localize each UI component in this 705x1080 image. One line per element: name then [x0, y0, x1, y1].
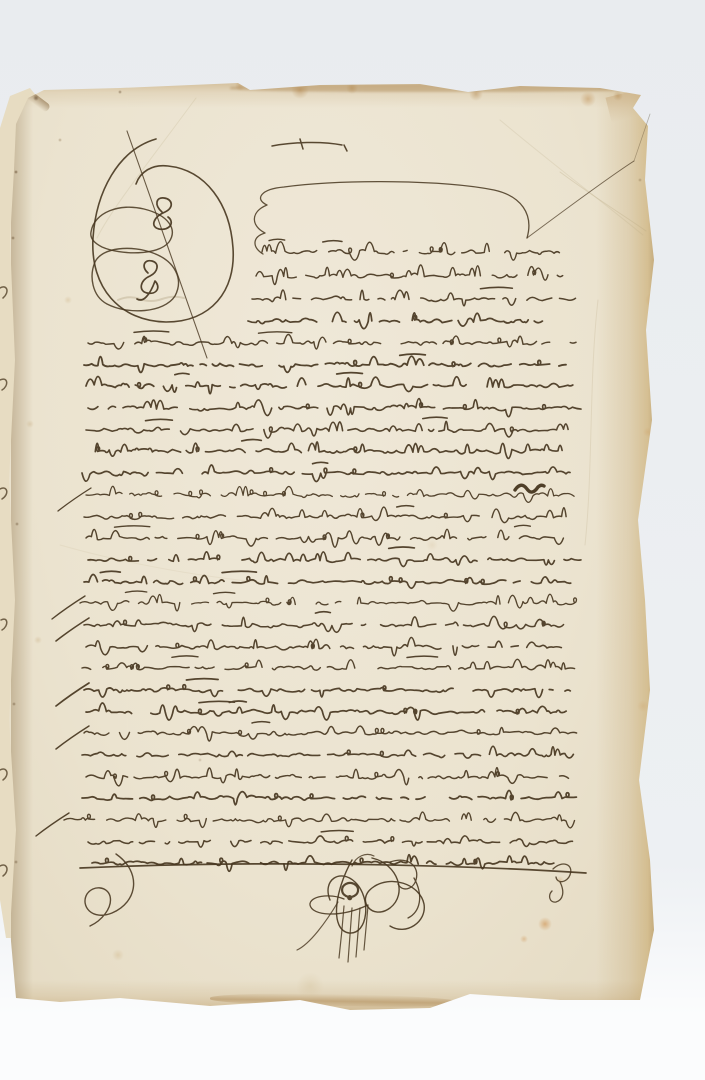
manuscript-page [0, 0, 705, 1080]
manuscript-photo [0, 0, 705, 1080]
paper-stain [650, 555, 660, 565]
paper-surface [0, 0, 705, 1080]
